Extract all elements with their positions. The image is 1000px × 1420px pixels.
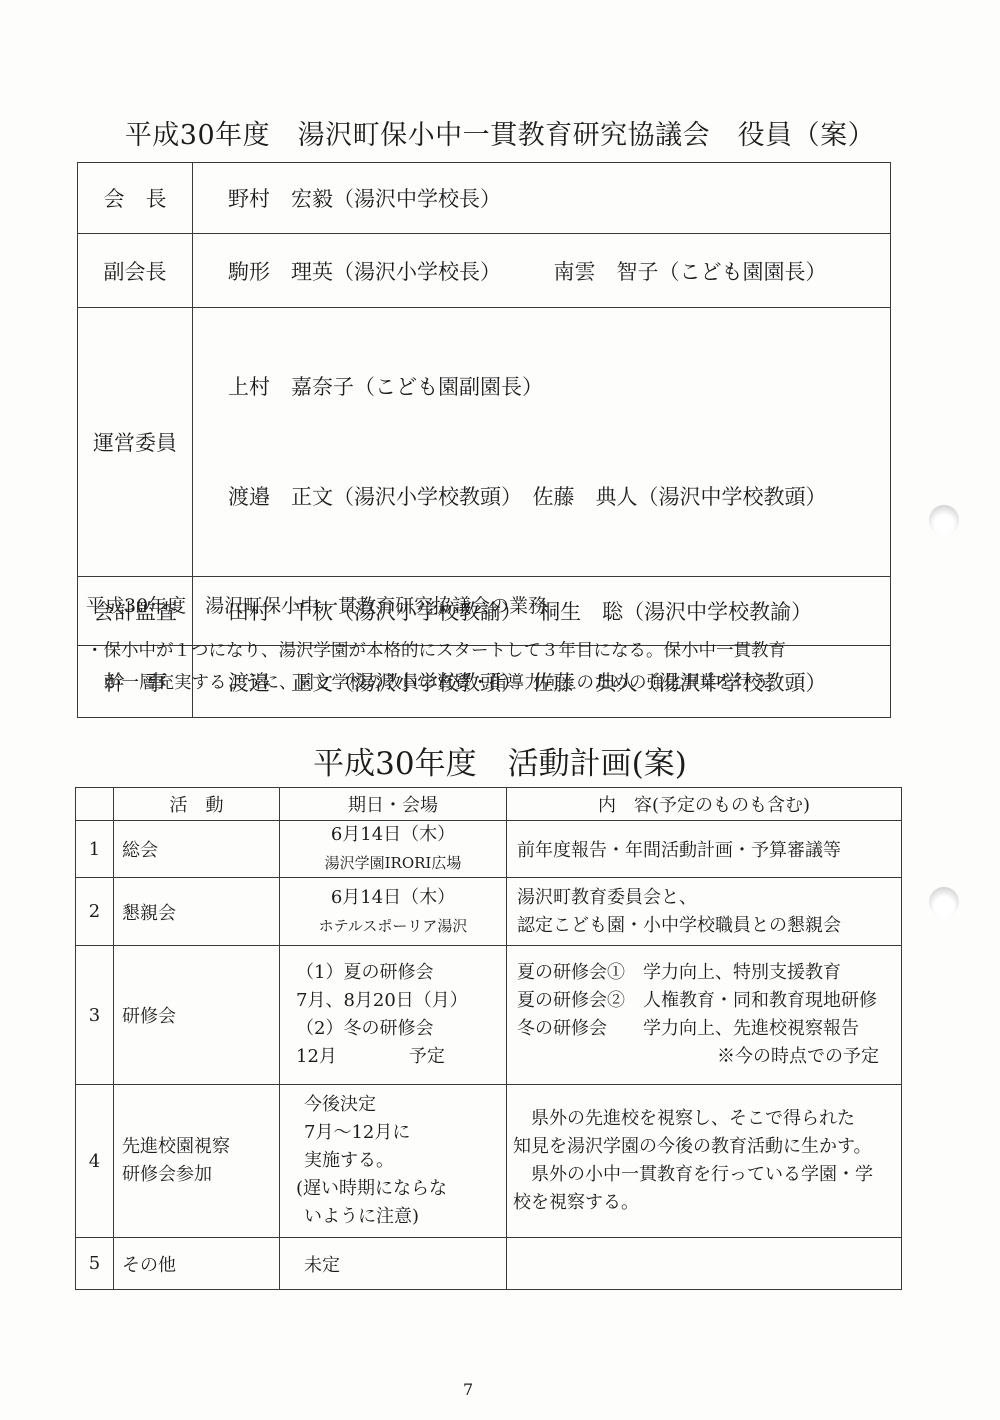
content-line: 冬の研修会 学力向上、先進校視察報告	[517, 1015, 901, 1043]
date-venue: 6月14日（木） ホテルスポーリア湯沢	[280, 878, 507, 946]
header-no	[76, 788, 114, 821]
role-label: 会 長	[78, 163, 193, 234]
date-line: 実施する。	[304, 1147, 506, 1175]
date-venue: （1）夏の研修会 7月、8月20日（月） （2）冬の研修会 12月 予定	[280, 946, 507, 1085]
officer-names-line: 渡邉 正文（湯沢小学校教頭） 佐藤 典人（湯沢中学校教頭）	[228, 466, 890, 528]
content: 湯沢町教育委員会と、 認定こども園・小中学校職員との懇親会	[507, 878, 902, 946]
duties-line: が一層充実するように、園と学校の教員の資質・指導力向上のための強化事業を行う。	[86, 667, 906, 699]
content-line: 県外の先進校を視察し、そこで得られた	[513, 1105, 901, 1133]
officer-names: 駒形 理英（湯沢小学校長） 南雲 智子（こども園園長）	[193, 234, 891, 308]
date-line: 6月14日（木）	[280, 884, 506, 912]
table-row: 1 総会 6月14日（木） 湯沢学園IRORI広場 前年度報告・年間活動計画・予…	[76, 821, 902, 878]
date-line: 7月、8月20日（月）	[296, 987, 506, 1015]
officer-names: 上村 嘉奈子（こども園副園長） 渡邉 正文（湯沢小学校教頭） 佐藤 典人（湯沢中…	[193, 308, 891, 577]
venue-line: ホテルスポーリア湯沢	[280, 912, 506, 940]
officer-row-steering-committee: 運営委員 上村 嘉奈子（こども園副園長） 渡邉 正文（湯沢小学校教頭） 佐藤 典…	[78, 308, 891, 577]
duties-text: ・保小中が１つになり、湯沢学園が本格的にスタートして３年目になる。保小中一貫教育…	[86, 635, 906, 699]
activity-name: 懇親会	[114, 878, 280, 946]
content-note: ※今の時点での予定	[517, 1043, 901, 1071]
activity-line: 研修会参加	[122, 1161, 279, 1189]
row-number: 5	[76, 1238, 114, 1290]
officer-names: 野村 宏毅（湯沢中学校長）	[193, 163, 891, 234]
content-line: 知見を湯沢学園の今後の教育活動に生かす。	[513, 1133, 901, 1161]
date-venue: 今後決定 7月～12月に 実施する。 (遅い時期にならな いように注意)	[280, 1085, 507, 1238]
date-line: 7月～12月に	[304, 1119, 506, 1147]
content-line: 夏の研修会① 学力向上、特別支援教育	[517, 959, 901, 987]
table-row: 3 研修会 （1）夏の研修会 7月、8月20日（月） （2）冬の研修会 12月 …	[76, 946, 902, 1085]
role-label: 運営委員	[78, 308, 193, 577]
punch-hole-mark	[929, 887, 959, 917]
activity-line: 先進校園視察	[122, 1133, 279, 1161]
table-header-row: 活 動 期日・会場 内 容(予定のものも含む)	[76, 788, 902, 821]
row-number: 4	[76, 1085, 114, 1238]
content-line: 県外の小中一貫教育を行っている学園・学	[513, 1161, 901, 1189]
content: 夏の研修会① 学力向上、特別支援教育 夏の研修会② 人権教育・同和教育現地研修 …	[507, 946, 902, 1085]
date-line: （2）冬の研修会	[296, 1015, 506, 1043]
content	[507, 1238, 902, 1290]
activity-name: その他	[114, 1238, 280, 1290]
date-line: 今後決定	[304, 1091, 506, 1119]
duties-line: ・保小中が１つになり、湯沢学園が本格的にスタートして３年目になる。保小中一貫教育	[86, 635, 906, 667]
role-label: 副会長	[78, 234, 193, 308]
date-line: 6月14日（木）	[280, 821, 506, 849]
row-number: 3	[76, 946, 114, 1085]
punch-hole-mark	[929, 505, 959, 535]
header-activity: 活 動	[114, 788, 280, 821]
duties-heading: 平成30年度 湯沢町保小中一貫教育研究協議会の業務	[86, 591, 547, 618]
content: 県外の先進校を視察し、そこで得られた 知見を湯沢学園の今後の教育活動に生かす。 …	[507, 1085, 902, 1238]
date-line: いように注意)	[304, 1203, 506, 1231]
date-line: 12月 予定	[296, 1043, 506, 1071]
date-line: （1）夏の研修会	[296, 959, 506, 987]
content-line: 湯沢町教育委員会と、	[517, 884, 901, 912]
officer-row-president: 会 長 野村 宏毅（湯沢中学校長）	[78, 163, 891, 234]
officer-row-vice-president: 副会長 駒形 理英（湯沢小学校長） 南雲 智子（こども園園長）	[78, 234, 891, 308]
table-row: 4 先進校園視察 研修会参加 今後決定 7月～12月に 実施する。 (遅い時期に…	[76, 1085, 902, 1238]
activity-plan-table: 活 動 期日・会場 内 容(予定のものも含む) 1 総会 6月14日（木） 湯沢…	[75, 787, 902, 1290]
venue-line: 湯沢学園IRORI広場	[280, 849, 506, 877]
row-number: 1	[76, 821, 114, 878]
officer-names-line: 上村 嘉奈子（こども園副園長）	[228, 356, 890, 418]
header-content: 内 容(予定のものも含む)	[507, 788, 902, 821]
date-venue: 6月14日（木） 湯沢学園IRORI広場	[280, 821, 507, 878]
content: 前年度報告・年間活動計画・予算審議等	[507, 821, 902, 878]
content-line: 認定こども園・小中学校職員との懇親会	[517, 912, 901, 940]
activity-name: 先進校園視察 研修会参加	[114, 1085, 280, 1238]
header-date-venue: 期日・会場	[280, 788, 507, 821]
date-line: (遅い時期にならな	[296, 1175, 506, 1203]
officers-title: 平成30年度 湯沢町保小中一貫教育研究協議会 役員（案）	[0, 113, 1000, 152]
date-venue: 未定	[280, 1238, 507, 1290]
activity-name: 研修会	[114, 946, 280, 1085]
content-line: 校を視察する。	[513, 1189, 901, 1217]
table-row: 5 その他 未定	[76, 1238, 902, 1290]
page-number: 7	[463, 1380, 473, 1399]
table-row: 2 懇親会 6月14日（木） ホテルスポーリア湯沢 湯沢町教育委員会と、 認定こ…	[76, 878, 902, 946]
activity-name: 総会	[114, 821, 280, 878]
row-number: 2	[76, 878, 114, 946]
content-line: 夏の研修会② 人権教育・同和教育現地研修	[517, 987, 901, 1015]
activity-plan-title: 平成30年度 活動計画(案)	[0, 738, 1000, 783]
